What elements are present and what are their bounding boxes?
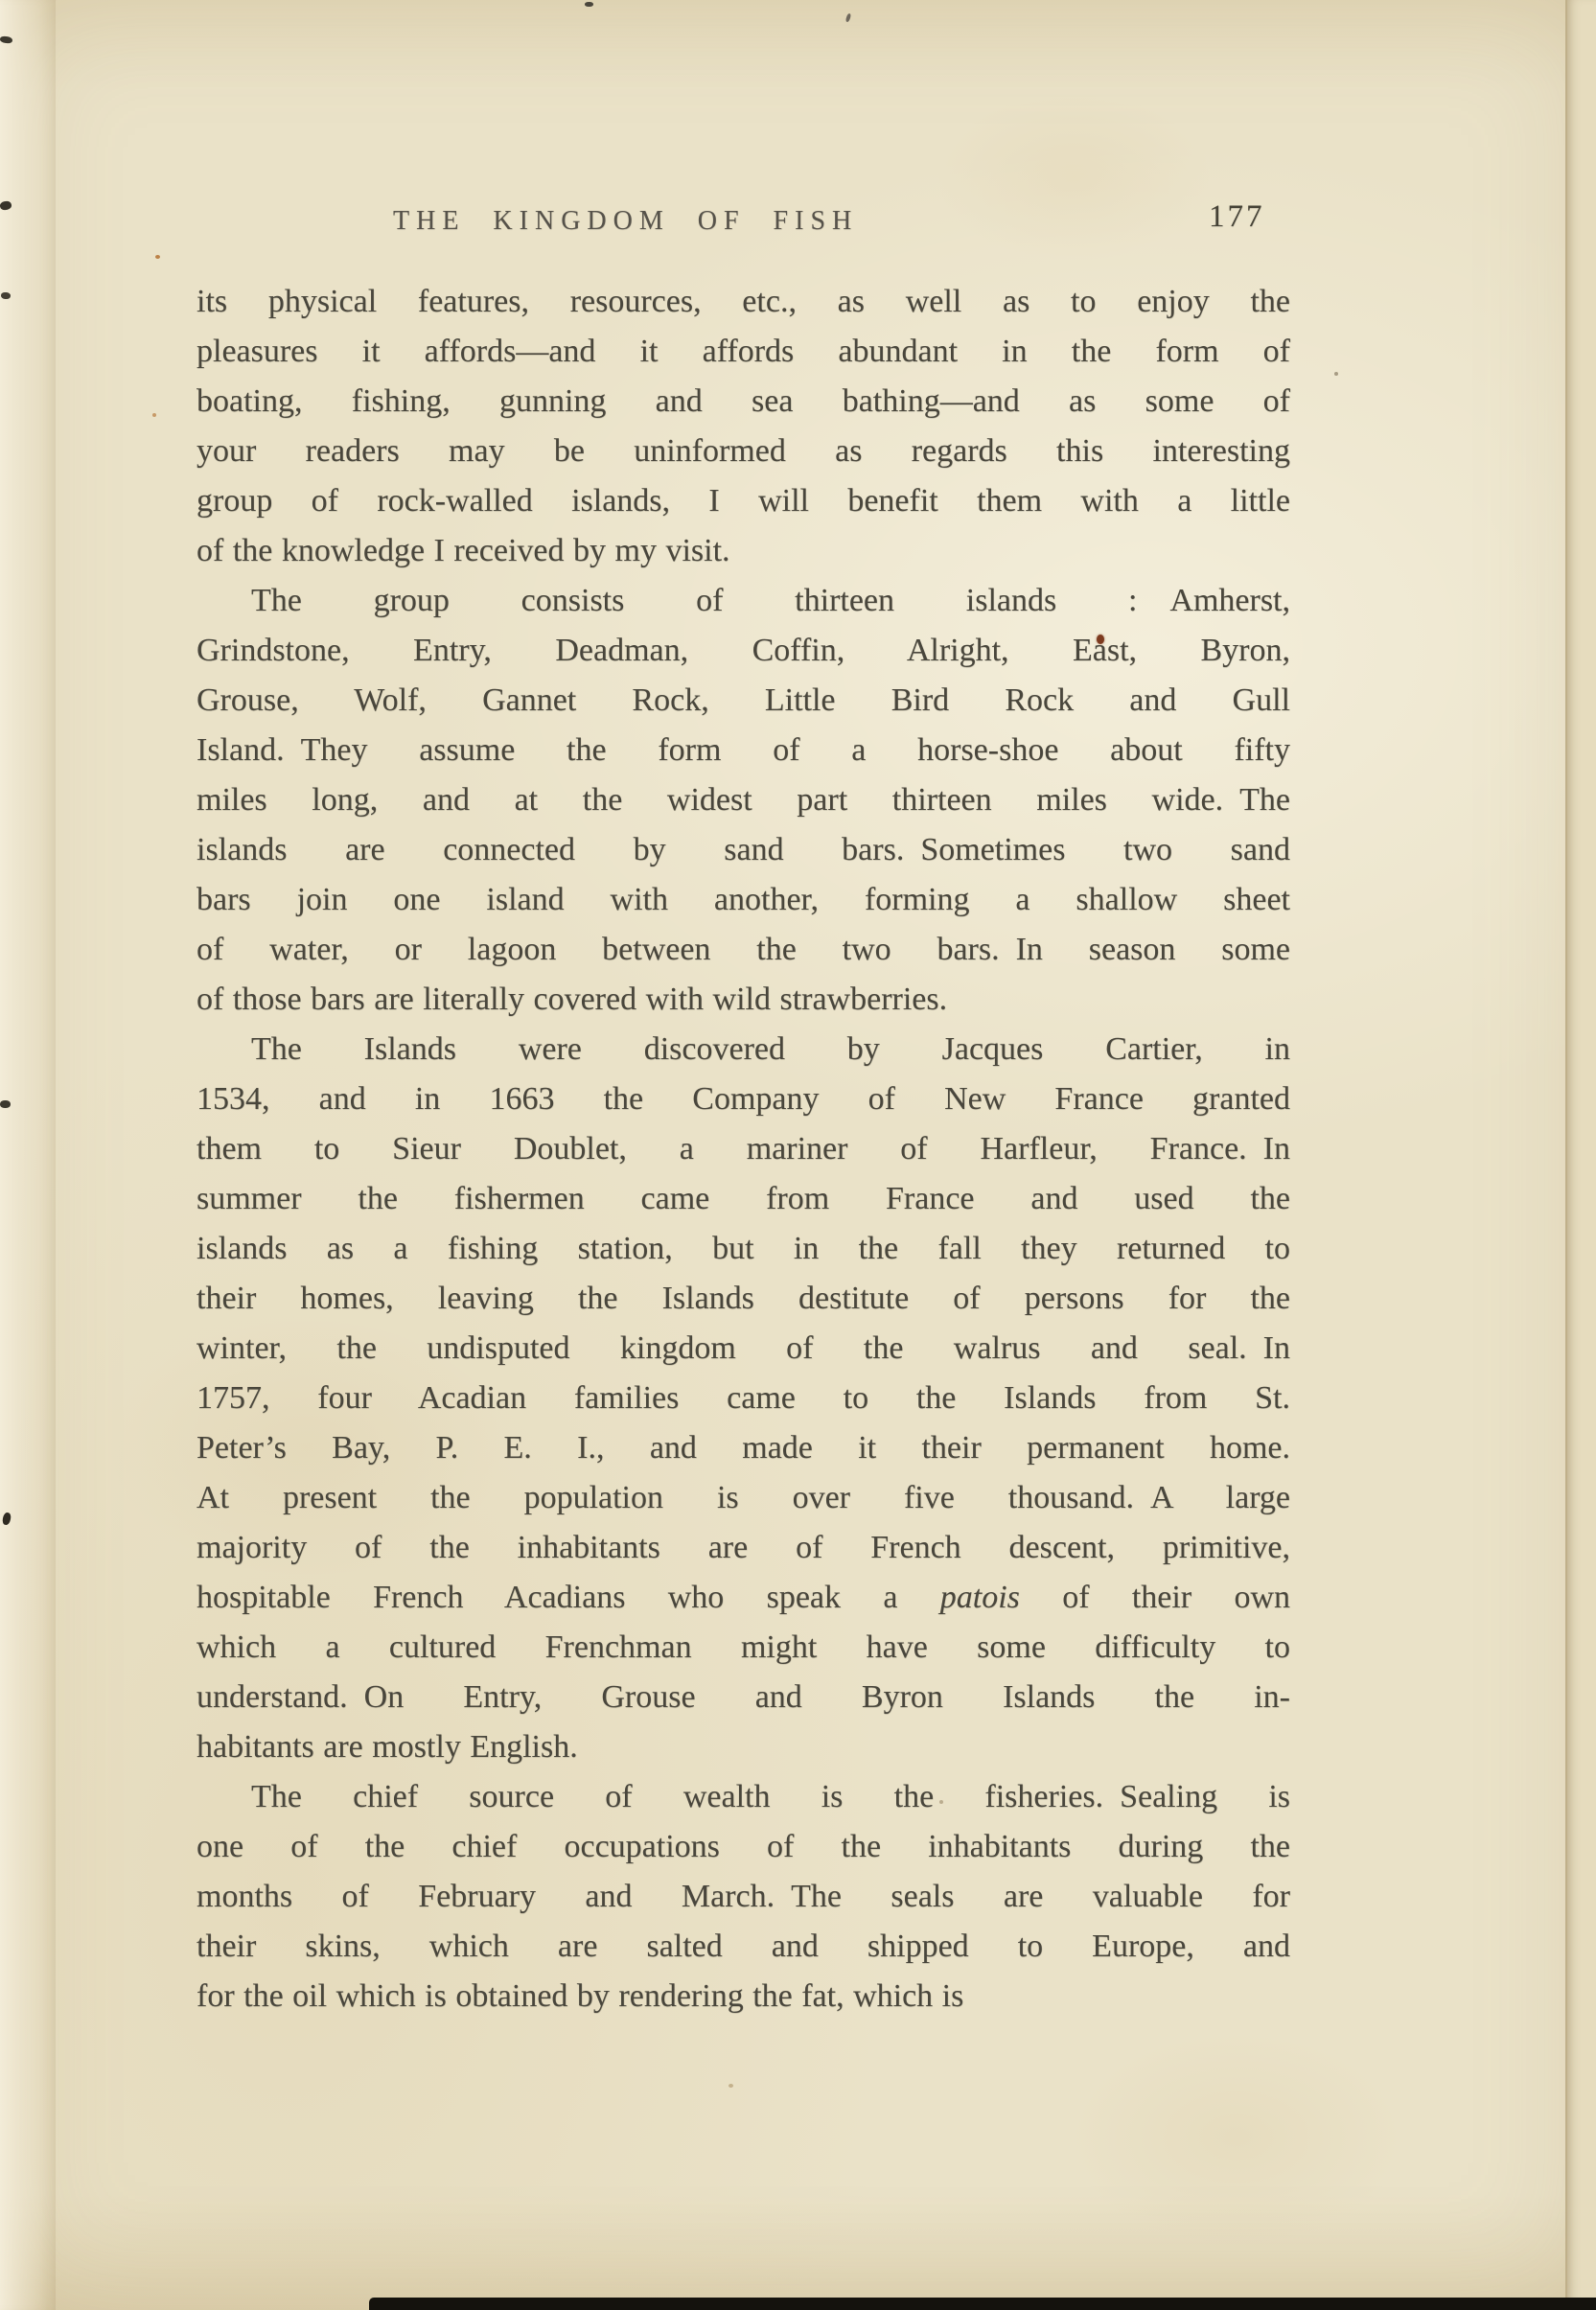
text-line: their skins, which are salted and shippe… <box>197 1922 1290 1972</box>
text-line: The chief source of wealth is the fisher… <box>197 1772 1290 1822</box>
text-line: 1534, and in 1663 the Company of New Fra… <box>197 1074 1290 1124</box>
running-head-title: THE KINGDOM OF FISH <box>393 206 858 237</box>
scan-edge-shadow <box>369 2298 1596 2310</box>
text-line: islands are connected by sand bars. Some… <box>197 825 1290 875</box>
text-line: Grindstone, Entry, Deadman, Coffin, Alri… <box>197 626 1290 676</box>
running-head: THE KINGDOM OF FISH 177 <box>0 0 1596 58</box>
page-number: 177 <box>1209 199 1265 235</box>
text-line: 1757, four Acadian families came to the … <box>197 1374 1290 1423</box>
text-line: summer the fishermen came from France an… <box>197 1174 1290 1224</box>
text-line: their homes, leaving the Islands destitu… <box>197 1274 1290 1324</box>
text-line: of those bars are literally covered with… <box>197 975 1290 1025</box>
text-line: habitants are mostly English. <box>197 1722 1290 1772</box>
paragraph: its physical features, resources, etc., … <box>197 277 1290 576</box>
paper-speck <box>939 1800 943 1804</box>
text-line: miles long, and at the widest part thirt… <box>197 775 1290 825</box>
text-line: winter, the undisputed kingdom of the wa… <box>197 1324 1290 1374</box>
text-line: of water, or lagoon between the two bars… <box>197 925 1290 975</box>
scanned-page: THE KINGDOM OF FISH 177 its physical fea… <box>0 0 1596 2310</box>
text-line: Grouse, Wolf, Gannet Rock, Little Bird R… <box>197 676 1290 726</box>
text-line: understand. On Entry, Grouse and Byron I… <box>197 1673 1290 1722</box>
text-line: The group consists of thirteen islands :… <box>197 576 1290 626</box>
text-block: its physical features, resources, etc., … <box>197 277 1290 2021</box>
text-line: months of February and March. The seals … <box>197 1872 1290 1922</box>
paragraph: The chief source of wealth is the fisher… <box>197 1772 1290 2021</box>
text-line: one of the chief occupations of the inha… <box>197 1822 1290 1872</box>
text-line: them to Sieur Doublet, a mariner of Harf… <box>197 1124 1290 1174</box>
text-line: At present the population is over five t… <box>197 1473 1290 1523</box>
paper-speck <box>155 255 160 259</box>
binding-mark <box>1 292 12 300</box>
text-line: Island. They assume the form of a horse-… <box>197 726 1290 775</box>
italic-text: patois <box>940 1580 1020 1615</box>
text-line: of the knowledge I received by my visit. <box>197 526 1290 576</box>
text-line: pleasures it affords—and it affords abun… <box>197 327 1290 377</box>
page-left-edge <box>0 0 56 2310</box>
text-line: your readers may be uninformed as regard… <box>197 427 1290 476</box>
text-line: for the oil which is obtained by renderi… <box>197 1972 1290 2021</box>
text-segment: of their own <box>1020 1580 1290 1615</box>
paper-speck <box>585 2 593 7</box>
text-line: its physical features, resources, etc., … <box>197 277 1290 327</box>
paper-speck <box>152 413 156 417</box>
paragraph: The group consists of thirteen islands :… <box>197 576 1290 1025</box>
text-line: bars join one island with another, formi… <box>197 875 1290 925</box>
text-line: group of rock-walled islands, I will ben… <box>197 476 1290 526</box>
text-line: hospitable French Acadians who speak a p… <box>197 1573 1290 1623</box>
text-segment: hospitable French Acadians who speak a <box>197 1580 940 1615</box>
paper-speck <box>729 2084 733 2088</box>
text-line: islands as a fishing station, but in the… <box>197 1224 1290 1274</box>
text-line: majority of the inhabitants are of Frenc… <box>197 1523 1290 1573</box>
ink-spot <box>1097 635 1104 644</box>
underlying-page-edge <box>1565 0 1596 2310</box>
paper-speck <box>1334 372 1338 376</box>
text-line: which a cultured Frenchman might have so… <box>197 1623 1290 1673</box>
text-line: boating, fishing, gunning and sea bathin… <box>197 377 1290 427</box>
text-line: Peter’s Bay, P. E. I., and made it their… <box>197 1423 1290 1473</box>
paragraph: The Islands were discovered by Jacques C… <box>197 1025 1290 1772</box>
text-line: The Islands were discovered by Jacques C… <box>197 1025 1290 1074</box>
binding-mark <box>0 1100 11 1108</box>
